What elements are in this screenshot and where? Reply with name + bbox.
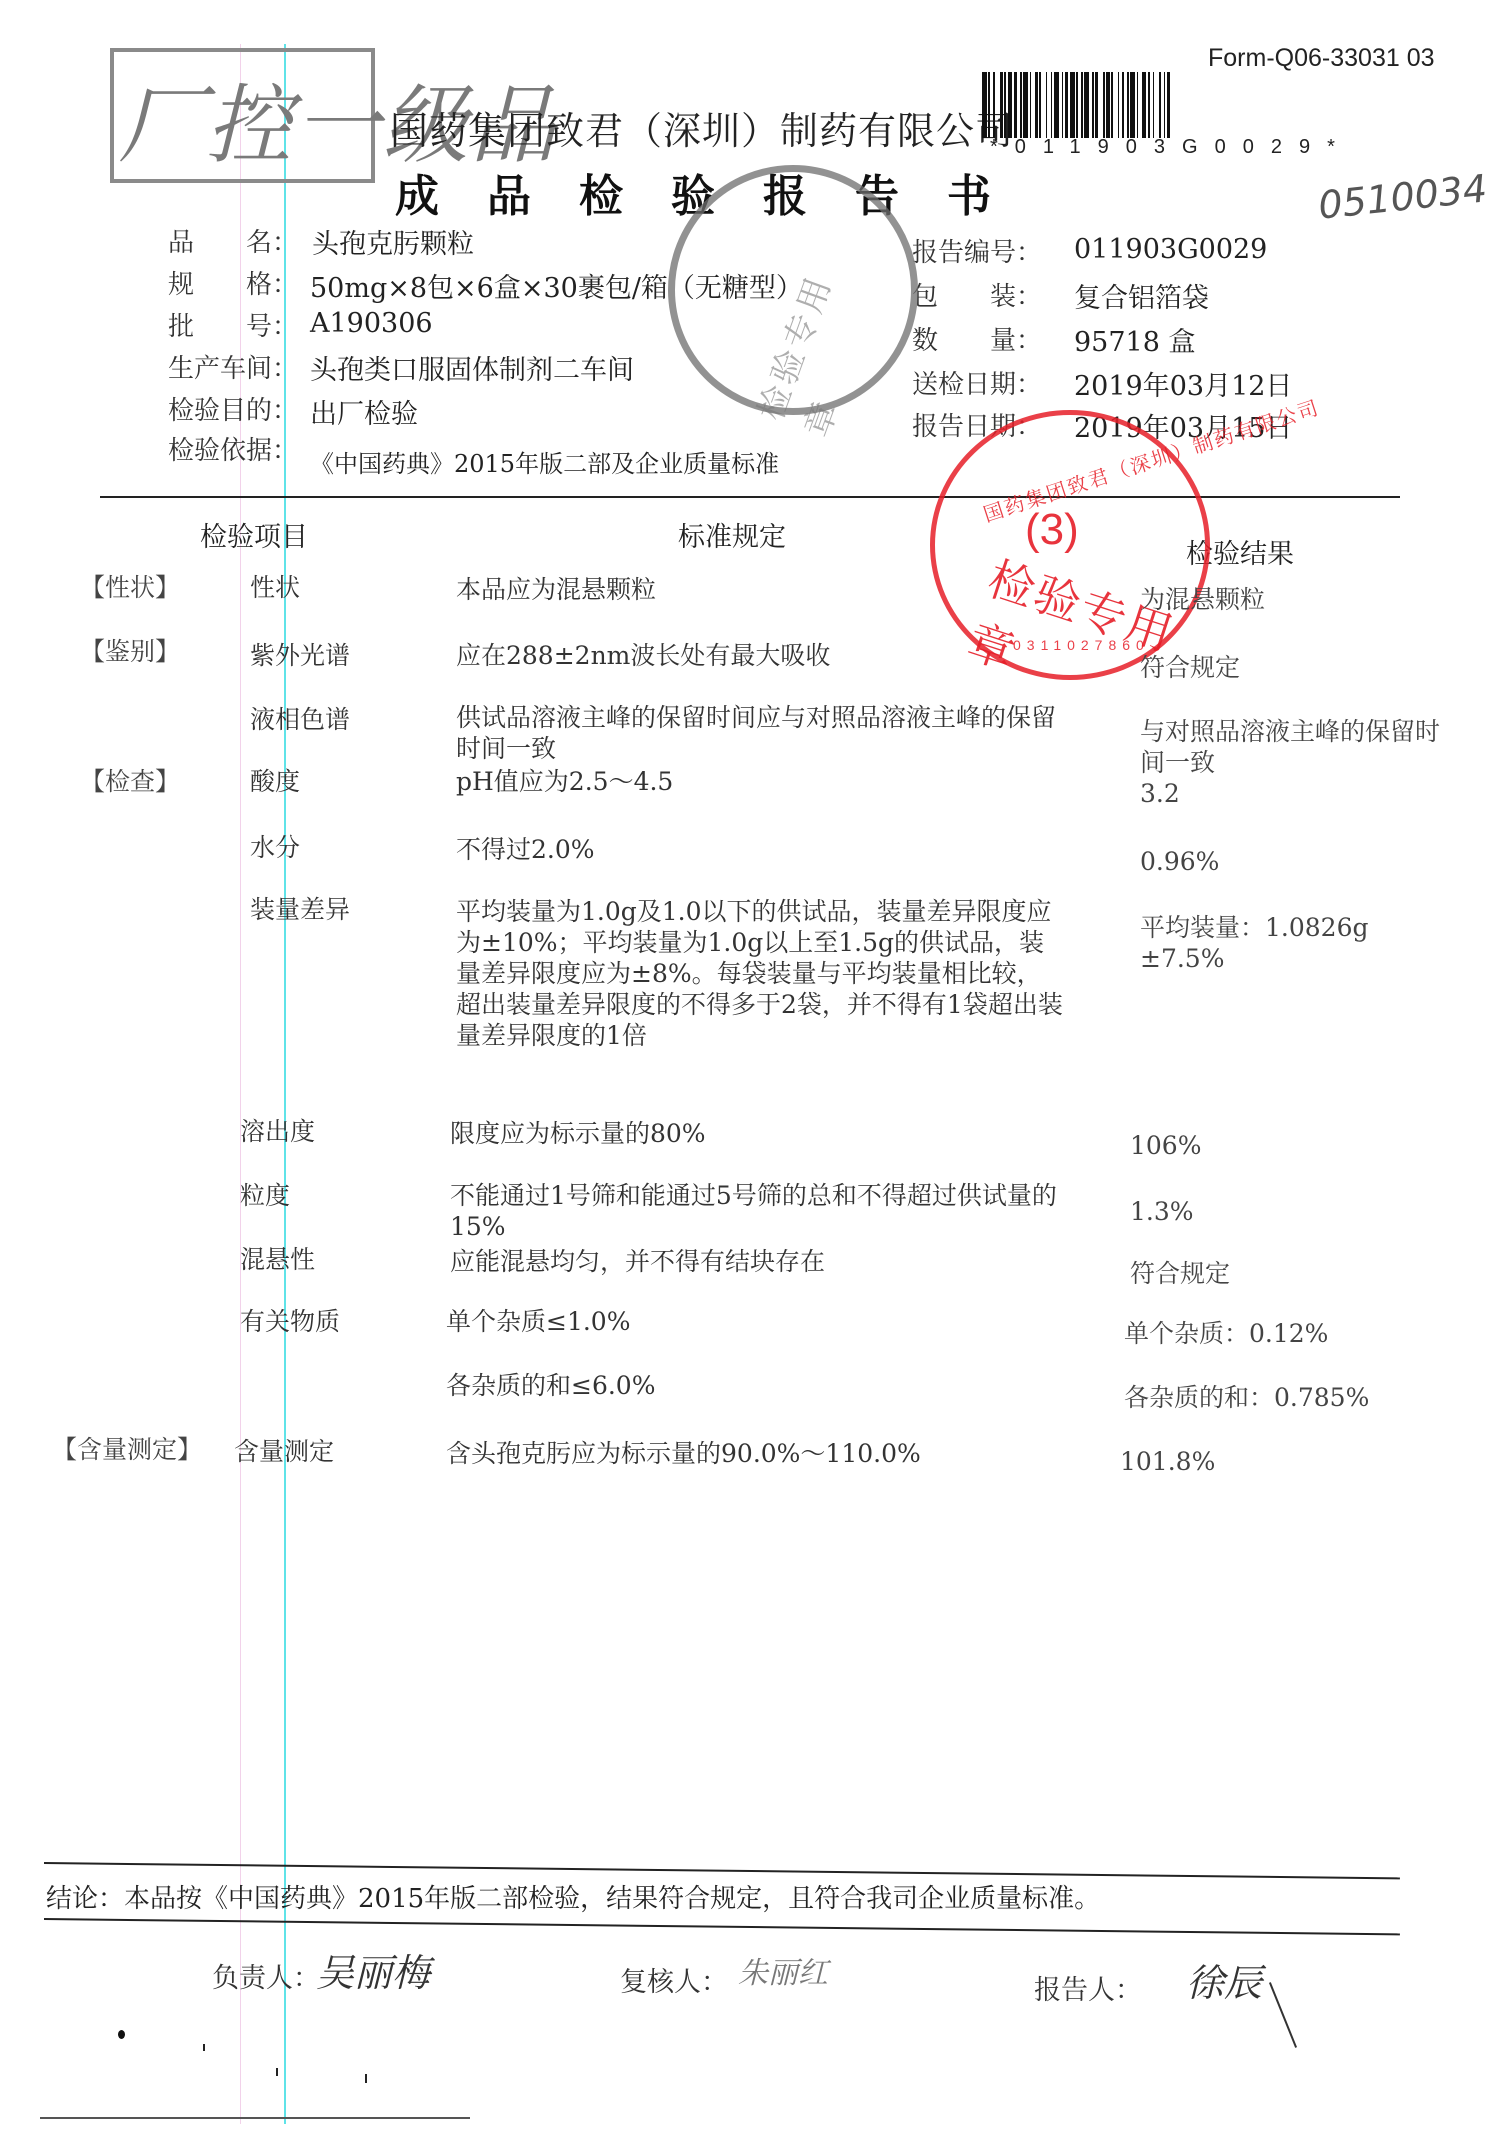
table-row-item: 溶出度	[240, 1112, 315, 1148]
packaging-value: 复合铝箔袋	[1074, 276, 1209, 315]
info-label: 检验依据：	[168, 430, 298, 467]
info-label: 报告编号：	[912, 232, 1042, 269]
workshop-value: 头孢类口服固体制剂二车间	[310, 348, 634, 387]
table-row-item: 酸度	[250, 762, 300, 798]
info-label: 生产车间：	[168, 348, 298, 385]
info-label: 检验目的：	[168, 390, 298, 427]
table-row-result: 101.8%	[1120, 1446, 1400, 1477]
table-row-result: 单个杂质：0.12%	[1124, 1318, 1424, 1349]
submission-date-value: 2019年03月12日	[1074, 364, 1292, 403]
info-label: 批 号：	[168, 306, 298, 343]
scan-speck	[276, 2068, 278, 2076]
table-row-standard: 不能通过1号筛和能通过5号筛的总和不得超过供试量的15%	[450, 1180, 1060, 1242]
scan-speck	[118, 2030, 125, 2039]
table-row-result: 1.3%	[1130, 1196, 1410, 1227]
barcode-text: *011903G0029*	[990, 136, 1352, 159]
form-code: Form-Q06-33031 03	[1208, 44, 1435, 73]
table-row-standard: pH值应为2.5～4.5	[456, 766, 1066, 797]
table-row-standard: 平均装量为1.0g及1.0以下的供试品，装量差异限度应为±10%；平均装量为1.…	[456, 896, 1066, 1051]
scan-speck	[365, 2074, 367, 2083]
table-row-item: 有关物质	[240, 1302, 340, 1338]
signature-responsible: 吴丽梅	[316, 1942, 430, 1997]
table-row-category: 【性状】	[80, 568, 180, 604]
table-row-item: 粒度	[240, 1176, 290, 1212]
info-label: 规 格：	[168, 264, 298, 301]
table-row-standard: 应在288±2nm波长处有最大吸收	[456, 640, 1066, 671]
conclusion-bottom-rule	[44, 1918, 1400, 1935]
report-number-value: 011903G0029	[1074, 234, 1267, 265]
table-row-standard: 供试品溶液主峰的保留时间应与对照品溶液主峰的保留时间一致	[456, 702, 1076, 764]
table-row-item: 紫外光谱	[250, 636, 350, 672]
signature-reviewer: 朱丽红	[738, 1948, 828, 1992]
company-name: 国药集团致君（深圳）制药有限公司	[390, 100, 1014, 155]
table-row-item: 含量测定	[234, 1432, 334, 1468]
column-header-standard: 标准规定	[678, 515, 786, 554]
table-row-category: 【检查】	[80, 762, 180, 798]
table-row-item: 水分	[250, 828, 300, 864]
table-row-result: 与对照品溶液主峰的保留时间一致	[1140, 716, 1440, 778]
barcode	[982, 72, 1350, 138]
table-row-result: 3.2	[1140, 778, 1420, 809]
table-row-standard: 限度应为标示量的80%	[450, 1118, 1070, 1149]
table-row-result: 平均装量：1.0826g ±7.5%	[1140, 912, 1380, 974]
column-header-item: 检验项目	[200, 515, 308, 554]
table-row-standard: 应能混悬均匀，并不得有结块存在	[450, 1246, 1070, 1277]
conclusion-top-rule	[44, 1862, 1400, 1879]
inspection-basis-value: 《中国药典》2015年版二部及企业质量标准	[310, 444, 779, 479]
table-row-item: 液相色谱	[250, 700, 350, 736]
info-label: 品 名：	[168, 222, 298, 259]
info-label: 包 装：	[912, 276, 1042, 313]
table-row-result: 为混悬颗粒	[1140, 584, 1420, 615]
signature-label-responsible: 负责人：	[212, 1956, 320, 1995]
table-row-standard: 各杂质的和≤6.0%	[446, 1370, 1066, 1401]
table-row-result: 0.96%	[1140, 846, 1420, 877]
table-row-result: 符合规定	[1140, 652, 1420, 683]
signature-reporter: 徐辰	[1186, 1952, 1262, 2007]
table-row-standard: 本品应为混悬颗粒	[456, 574, 1066, 605]
table-row-result: 106%	[1130, 1130, 1410, 1161]
conclusion-text: 结论：本品按《中国药典》2015年版二部检验，结果符合规定，且符合我司企业质量标…	[46, 1878, 1100, 1915]
table-top-rule	[100, 496, 1400, 498]
signature-stroke	[1269, 1982, 1297, 2048]
quantity-value: 95718 盒	[1074, 320, 1195, 359]
handwritten-number: 0510034	[1316, 166, 1489, 227]
table-row-category: 【鉴别】	[80, 632, 180, 668]
info-label: 送检日期：	[912, 364, 1042, 401]
footer-rule	[40, 2117, 470, 2119]
info-label: 数 量：	[912, 320, 1042, 357]
gray-inspection-stamp: 检验专用章	[668, 165, 918, 415]
table-row-standard: 单个杂质≤1.0%	[446, 1306, 1066, 1337]
table-row-standard: 不得过2.0%	[456, 834, 1066, 865]
inspection-purpose-value: 出厂检验	[310, 392, 418, 431]
table-row-item: 装量差异	[250, 890, 350, 926]
table-row-result: 符合规定	[1130, 1258, 1410, 1289]
signature-label-reporter: 报告人：	[1034, 1968, 1142, 2007]
table-row-item: 性状	[250, 568, 300, 604]
batch-number-value: A190306	[310, 308, 433, 339]
scan-speck	[203, 2044, 205, 2051]
table-row-category: 【含量测定】	[52, 1430, 202, 1466]
signature-label-reviewer: 复核人：	[620, 1960, 728, 1999]
product-name-value: 头孢克肟颗粒	[312, 222, 474, 261]
gray-stamp-text: 检验专用章	[744, 239, 898, 443]
table-row-result: 各杂质的和：0.785%	[1124, 1382, 1444, 1413]
table-row-item: 混悬性	[240, 1240, 315, 1276]
red-stamp-number: (3)	[1025, 505, 1079, 555]
table-row-standard: 含头孢克肟应为标示量的90.0%～110.0%	[446, 1438, 1086, 1469]
